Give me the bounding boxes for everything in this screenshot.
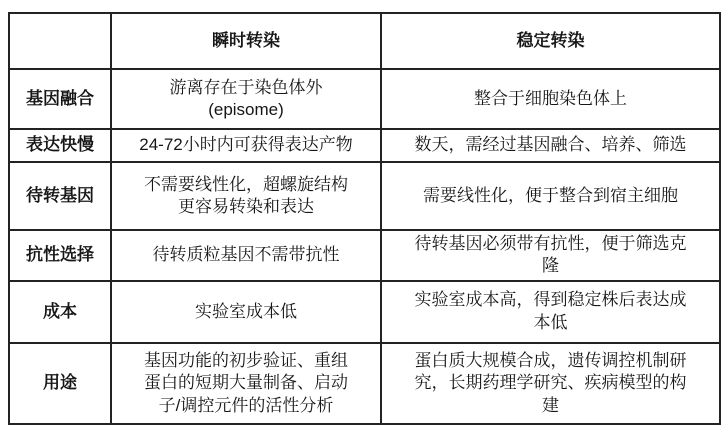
stable-cell: 整合于细胞染色体上: [381, 69, 720, 129]
table-row-expression-speed: 表达快慢 24-72小时内可获得表达产物 数天，需经过基因融合、培养、筛选: [9, 129, 720, 162]
stable-cell: 需要线性化，便于整合到宿主细胞: [381, 162, 720, 230]
table-row-cost: 成本 实验室成本低 实验室成本高，得到稳定株后表达成 本低: [9, 281, 720, 343]
table-row-resistance-selection: 抗性选择 待转质粒基因不需带抗性 待转基因必须带有抗性，便于筛选克 隆: [9, 230, 720, 281]
transient-cell: 实验室成本低: [111, 281, 381, 343]
header-row: 瞬时转染 稳定转染: [9, 13, 720, 69]
stable-cell: 待转基因必须带有抗性，便于筛选克 隆: [381, 230, 720, 281]
corner-header-cell: [9, 13, 111, 69]
row-label: 成本: [9, 281, 111, 343]
stable-cell: 蛋白质大规模合成，遗传调控机制研 究，长期药理学研究、疾病模型的构 建: [381, 343, 720, 424]
transient-cell: 游离存在于染色体外 (episome): [111, 69, 381, 129]
row-label: 用途: [9, 343, 111, 424]
table-row-applications: 用途 基因功能的初步验证、重组 蛋白的短期大量制备、启动 子/调控元件的活性分析…: [9, 343, 720, 424]
table-row-gene-to-transfect: 待转基因 不需要线性化，超螺旋结构 更容易转染和表达 需要线性化，便于整合到宿主…: [9, 162, 720, 230]
stable-cell: 实验室成本高，得到稳定株后表达成 本低: [381, 281, 720, 343]
row-label: 待转基因: [9, 162, 111, 230]
column-header-transient: 瞬时转染: [111, 13, 381, 69]
column-header-stable: 稳定转染: [381, 13, 720, 69]
transient-cell: 不需要线性化，超螺旋结构 更容易转染和表达: [111, 162, 381, 230]
row-label: 基因融合: [9, 69, 111, 129]
transient-cell: 待转质粒基因不需带抗性: [111, 230, 381, 281]
transient-cell: 24-72小时内可获得表达产物: [111, 129, 381, 162]
stable-cell: 数天，需经过基因融合、培养、筛选: [381, 129, 720, 162]
row-label: 表达快慢: [9, 129, 111, 162]
row-label: 抗性选择: [9, 230, 111, 281]
comparison-table: 瞬时转染 稳定转染 基因融合 游离存在于染色体外 (episome) 整合于细胞…: [8, 12, 721, 425]
table-row-gene-integration: 基因融合 游离存在于染色体外 (episome) 整合于细胞染色体上: [9, 69, 720, 129]
transient-cell: 基因功能的初步验证、重组 蛋白的短期大量制备、启动 子/调控元件的活性分析: [111, 343, 381, 424]
